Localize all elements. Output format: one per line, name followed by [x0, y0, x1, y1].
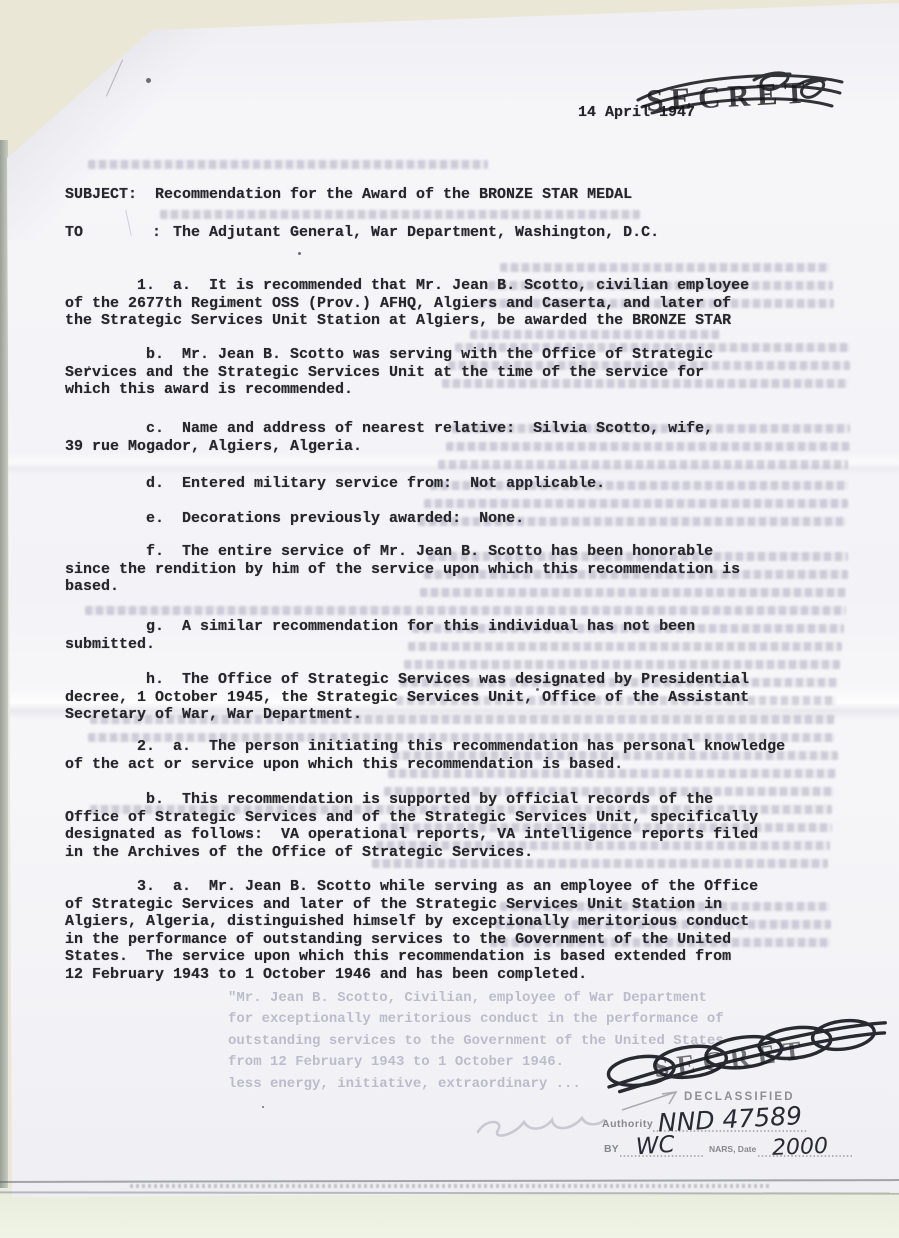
text-line: of the act or service upon which this re… [65, 756, 785, 774]
ghost-text-line: "Mr. Jean B. Scotto, Civilian, employee … [228, 988, 724, 1009]
secret-stamp-crossed-out-top: SECRET [634, 66, 849, 122]
text-line: Algiers, Algeria, distinguished himself … [65, 913, 758, 931]
text-line: 12 February 1943 to 1 October 1946 and h… [65, 966, 758, 984]
text-line: g. A similar recommendation for this ind… [65, 618, 695, 636]
ink-speck [146, 78, 151, 83]
declassified-stamp: DECLASSIFIED Authority NND 47589 BY WC N… [596, 1082, 864, 1168]
text-line: in the Archives of the Office of Strateg… [65, 844, 758, 862]
to-label: TO [65, 224, 83, 242]
text-line: c. Name and address of nearest relative:… [65, 420, 713, 438]
text-line: Secretary of War, War Department. [65, 706, 749, 724]
subject-text: Recommendation for the Award of the BRON… [155, 186, 632, 204]
microtext-row [130, 1184, 770, 1188]
nars-date-label: NARS, Date [709, 1144, 757, 1154]
date-handwriting: 2000 [772, 1134, 829, 1161]
faint-handwriting-ghost [470, 1100, 610, 1148]
body-paragraph-1e: e. Decorations previously awarded: None. [65, 510, 524, 528]
text-line: of Strategic Services and later of the S… [65, 896, 758, 914]
ghost-text-line [438, 460, 848, 469]
text-line: Office of Strategic Services and of the … [65, 809, 758, 827]
folded-corner-shadow [0, 0, 270, 240]
declassified-title: DECLASSIFIED [684, 1091, 795, 1103]
body-paragraph-2b: b. This recommendation is supported by o… [65, 791, 758, 861]
ghost-text-line [404, 660, 840, 669]
to-text: The Adjutant General, War Department, Wa… [173, 224, 659, 242]
authority-label: Authority [602, 1118, 653, 1130]
text-line: 3. a. Mr. Jean B. Scotto while serving a… [65, 878, 758, 896]
body-paragraph-1b: b. Mr. Jean B. Scotto was serving with t… [65, 346, 713, 399]
text-line: which this award is recommended. [65, 381, 713, 399]
text-line: submitted. [65, 636, 695, 654]
ink-speck [262, 1106, 264, 1108]
body-paragraph-3a: 3. a. Mr. Jean B. Scotto while serving a… [65, 878, 758, 983]
text-line: in the performance of outstanding servic… [65, 931, 758, 949]
text-line: h. The Office of Strategic Services was … [65, 671, 749, 689]
text-line: the Strategic Services Unit Station at A… [65, 312, 749, 330]
ink-speck [298, 252, 301, 255]
body-paragraph-1g: g. A similar recommendation for this ind… [65, 618, 695, 653]
body-paragraph-1a: 1. a. It is recommended that Mr. Jean B.… [65, 277, 749, 330]
to-colon: : [152, 224, 161, 242]
secret-stamp-crossed-out-bottom: SECRET [598, 1018, 895, 1090]
ghost-text-line [424, 499, 848, 508]
ghost-text-line [500, 263, 830, 272]
subject-label: SUBJECT: [65, 186, 137, 204]
body-paragraph-1d: d. Entered military service from: Not ap… [65, 475, 605, 493]
body-paragraph-2a: 2. a. The person initiating this recomme… [65, 738, 785, 773]
ghost-text-line [160, 210, 640, 219]
text-line: Services and the Strategic Services Unit… [65, 364, 713, 382]
by-label: BY [604, 1143, 619, 1155]
ghost-text-line [416, 606, 846, 615]
text-line: 2. a. The person initiating this recomme… [65, 738, 785, 756]
ghost-text-line [88, 160, 488, 169]
text-line: d. Entered military service from: Not ap… [65, 475, 605, 493]
scanned-document-scan: 14 April 1947 SUBJECT: Recommendation fo… [0, 0, 899, 1238]
text-line: e. Decorations previously awarded: None. [65, 510, 524, 528]
ink-speck [88, 366, 90, 368]
by-handwriting: WC [635, 1132, 676, 1161]
body-paragraph-1f: f. The entire service of Mr. Jean B. Sco… [65, 543, 740, 596]
text-line: decree, 1 October 1945, the Strategic Se… [65, 689, 749, 707]
ghost-text-line [470, 330, 720, 339]
text-line: b. Mr. Jean B. Scotto was serving with t… [65, 346, 713, 364]
body-paragraph-1c: c. Name and address of nearest relative:… [65, 420, 713, 455]
ink-speck [536, 688, 539, 691]
text-line: States. The service upon which this reco… [65, 948, 758, 966]
body-paragraph-1h: h. The Office of Strategic Services was … [65, 671, 749, 724]
text-line: b. This recommendation is supported by o… [65, 791, 758, 809]
authority-handwriting: NND 47589 [657, 1101, 802, 1138]
text-line: based. [65, 578, 740, 596]
text-line: f. The entire service of Mr. Jean B. Sco… [65, 543, 740, 561]
scanner-edge-strip [0, 140, 8, 1238]
text-line: 39 rue Mogador, Algiers, Algeria. [65, 438, 713, 456]
ghost-text-line [85, 606, 415, 615]
text-line: since the rendition by him of the servic… [65, 561, 740, 579]
text-line: 1. a. It is recommended that Mr. Jean B.… [65, 277, 749, 295]
text-line: designated as follows: VA operational re… [65, 826, 758, 844]
text-line: of the 2677th Regiment OSS (Prov.) AFHQ,… [65, 295, 749, 313]
